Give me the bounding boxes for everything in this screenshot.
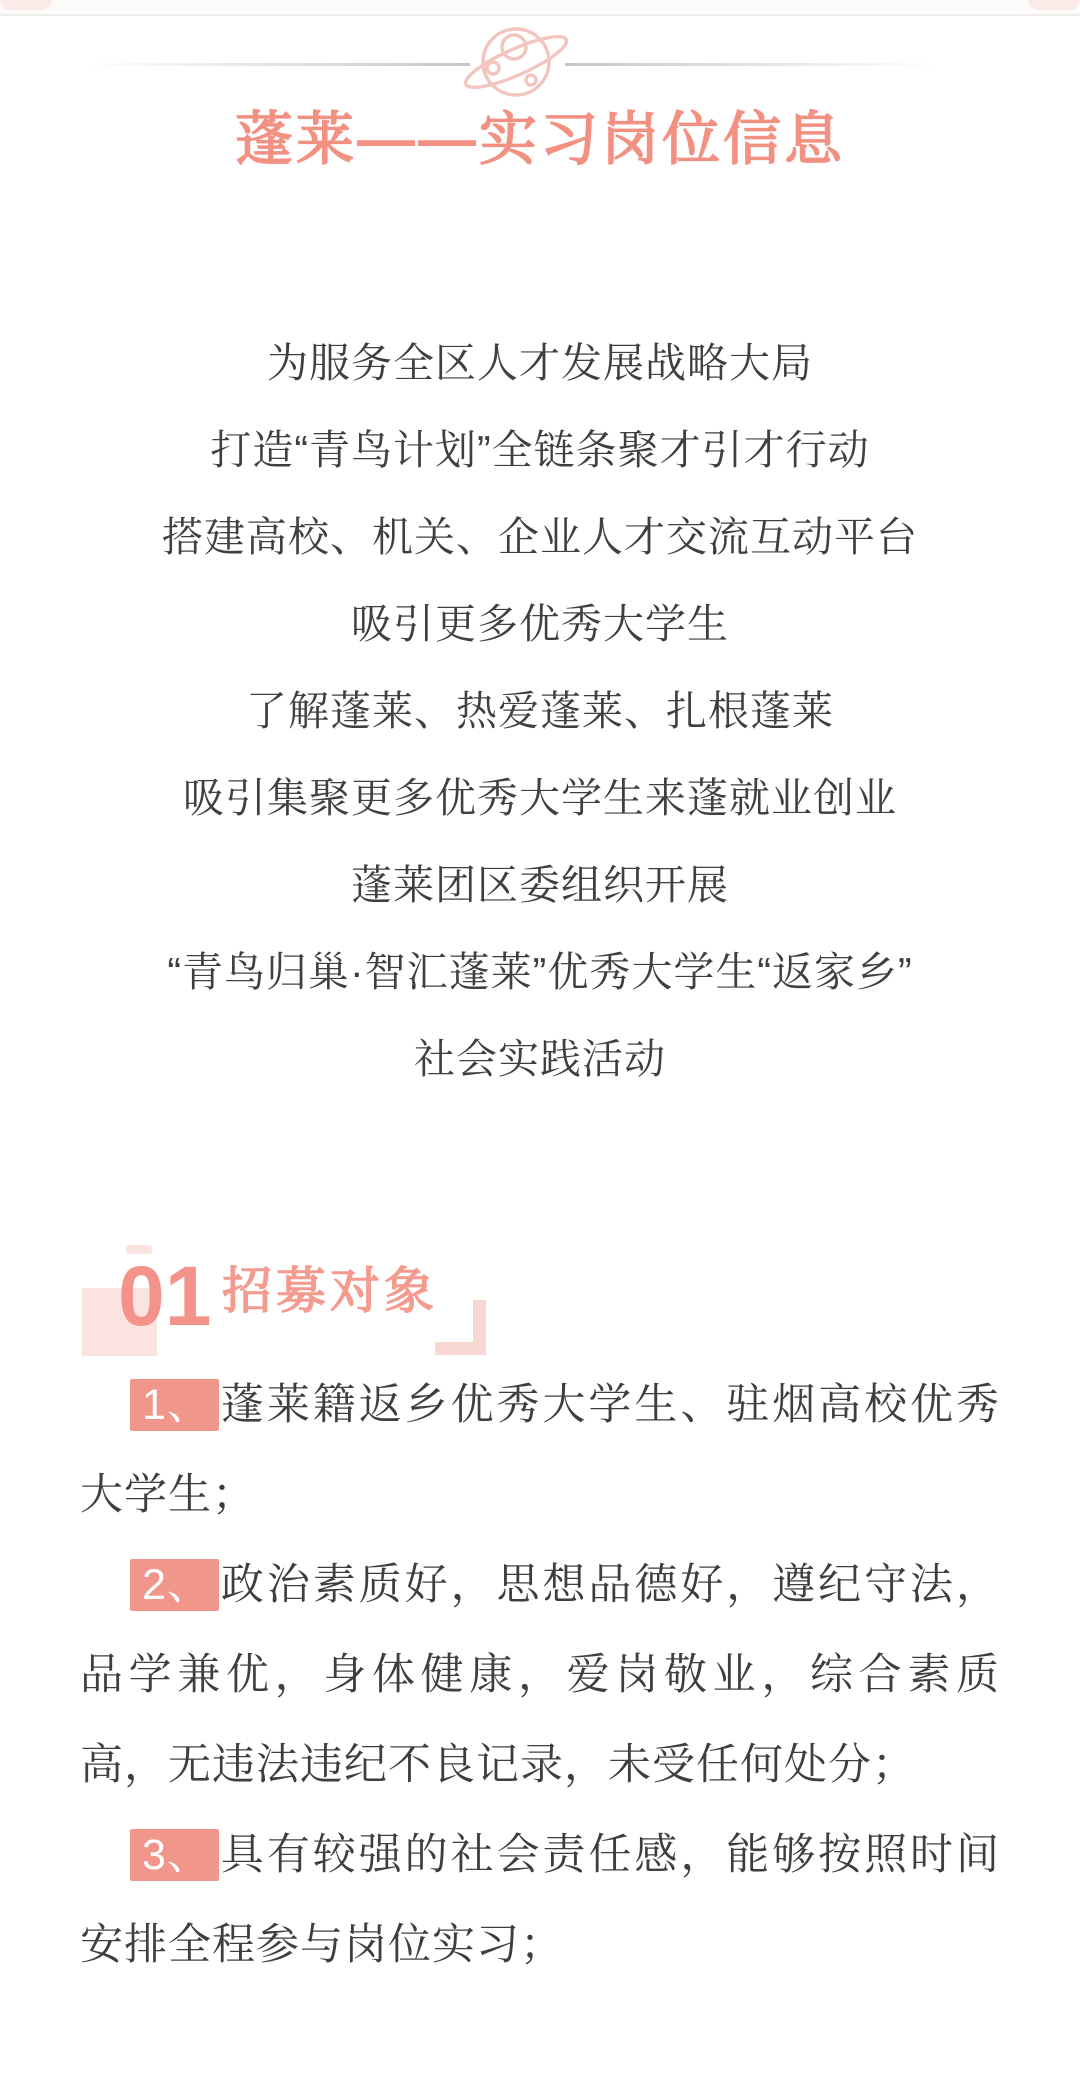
item-text: 政治素质好，思想品德好，遵纪守法，品学兼优，身体健康，爱岗敬业，综合素质高，无违…	[80, 1561, 1000, 1789]
intro-line: 为服务全区人才发展战略大局	[40, 320, 1040, 407]
intro-line: 蓬莱团区委组织开展	[40, 842, 1040, 929]
intro-line: 社会实践活动	[40, 1016, 1040, 1103]
item-text: 蓬莱籍返乡优秀大学生、驻烟高校优秀大学生；	[80, 1381, 1000, 1519]
divider-line-right	[565, 63, 937, 66]
intro-line: “青鸟归巢·智汇蓬莱”优秀大学生“返家乡”	[40, 929, 1040, 1016]
divider-line-left	[85, 63, 470, 66]
section-header: 01 招募对象	[80, 1240, 600, 1380]
item-text: 具有较强的社会责任感，能够按照时间安排全程参与岗位实习；	[80, 1831, 1000, 1969]
top-left-pink-decoration	[0, 0, 52, 10]
list-item: 3、具有较强的社会责任感，能够按照时间安排全程参与岗位实习；	[80, 1810, 1000, 1990]
top-band-decoration	[0, 0, 1080, 14]
page-title: 蓬莱——实习岗位信息	[0, 104, 1080, 176]
recruitment-items: 1、蓬莱籍返乡优秀大学生、驻烟高校优秀大学生；2、政治素质好，思想品德好，遵纪守…	[80, 1360, 1000, 1990]
intro-line: 吸引更多优秀大学生	[40, 581, 1040, 668]
top-right-pink-decoration	[1028, 0, 1080, 10]
item-number-badge: 1、	[130, 1379, 219, 1431]
section-number: 01	[118, 1254, 211, 1338]
intro-line: 打造“青鸟计划”全链条聚才引才行动	[40, 407, 1040, 494]
intro-block: 为服务全区人才发展战略大局打造“青鸟计划”全链条聚才引才行动搭建高校、机关、企业…	[40, 320, 1040, 1103]
intro-line: 了解蓬莱、热爱蓬莱、扎根蓬莱	[40, 668, 1040, 755]
list-item: 2、政治素质好，思想品德好，遵纪守法，品学兼优，身体健康，爱岗敬业，综合素质高，…	[80, 1540, 1000, 1810]
article-page: 蓬莱——实习岗位信息 为服务全区人才发展战略大局打造“青鸟计划”全链条聚才引才行…	[0, 0, 1080, 2094]
list-item: 1、蓬莱籍返乡优秀大学生、驻烟高校优秀大学生；	[80, 1360, 1000, 1540]
planet-icon	[428, 14, 604, 114]
intro-line: 搭建高校、机关、企业人才交流互动平台	[40, 494, 1040, 581]
section-heading: 招募对象	[222, 1266, 438, 1316]
item-number-badge: 3、	[130, 1829, 219, 1881]
intro-line: 吸引集聚更多优秀大学生来蓬就业创业	[40, 755, 1040, 842]
item-number-badge: 2、	[130, 1559, 219, 1611]
corner-bracket-decoration	[435, 1300, 486, 1355]
